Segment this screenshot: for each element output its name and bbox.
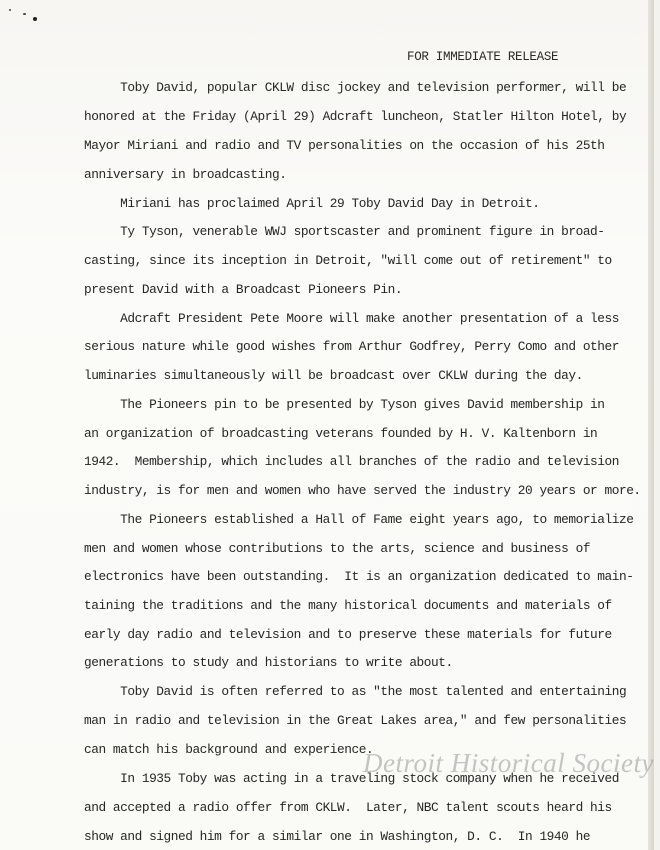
text-line: Ty Tyson, venerable WWJ sportscaster and… xyxy=(84,224,605,239)
text-line: can match his background and experience. xyxy=(84,742,373,757)
text-line: generations to study and historians to w… xyxy=(84,655,453,670)
text-line: Adcraft President Pete Moore will make a… xyxy=(84,311,619,326)
text-line: The Pioneers established a Hall of Fame … xyxy=(84,512,633,527)
text-line: luminaries simultaneously will be broadc… xyxy=(84,368,583,383)
text-line: anniversary in broadcasting. xyxy=(84,167,286,182)
text-line: The Pioneers pin to be presented by Tyso… xyxy=(84,397,605,412)
text-line: casting, since its inception in Detroit,… xyxy=(84,253,612,268)
text-line: Mayor Miriani and radio and TV personali… xyxy=(84,138,605,153)
scanned-page: FOR IMMEDIATE RELEASE Toby David, popula… xyxy=(0,0,654,850)
text-line: an organization of broadcasting veterans… xyxy=(84,426,597,441)
text-line: Toby David is often referred to as "the … xyxy=(84,684,626,699)
text-line: industry, is for men and women who have … xyxy=(84,483,641,498)
page-edge xyxy=(648,0,654,850)
release-header: FOR IMMEDIATE RELEASE xyxy=(407,50,558,64)
text-line: early day radio and television and to pr… xyxy=(84,627,612,642)
ink-speck xyxy=(33,17,37,21)
text-line: men and women whose contributions to the… xyxy=(84,541,590,556)
ink-speck xyxy=(23,13,26,15)
text-line: Miriani has proclaimed April 29 Toby Dav… xyxy=(84,196,539,211)
ink-speck xyxy=(9,9,11,11)
text-line: serious nature while good wishes from Ar… xyxy=(84,339,619,354)
text-line: Toby David, popular CKLW disc jockey and… xyxy=(84,80,626,95)
text-line: electronics have been outstanding. It is… xyxy=(84,569,633,584)
text-line: taining the traditions and the many hist… xyxy=(84,598,612,613)
text-line: honored at the Friday (April 29) Adcraft… xyxy=(84,109,626,124)
watermark: Detroit Historical Society xyxy=(363,748,654,779)
text-line: 1942. Membership, which includes all bra… xyxy=(84,454,619,469)
text-line: man in radio and television in the Great… xyxy=(84,713,626,728)
text-line: show and signed him for a similar one in… xyxy=(84,829,590,844)
text-line: and accepted a radio offer from CKLW. La… xyxy=(84,800,612,815)
text-line: present David with a Broadcast Pioneers … xyxy=(84,282,402,297)
